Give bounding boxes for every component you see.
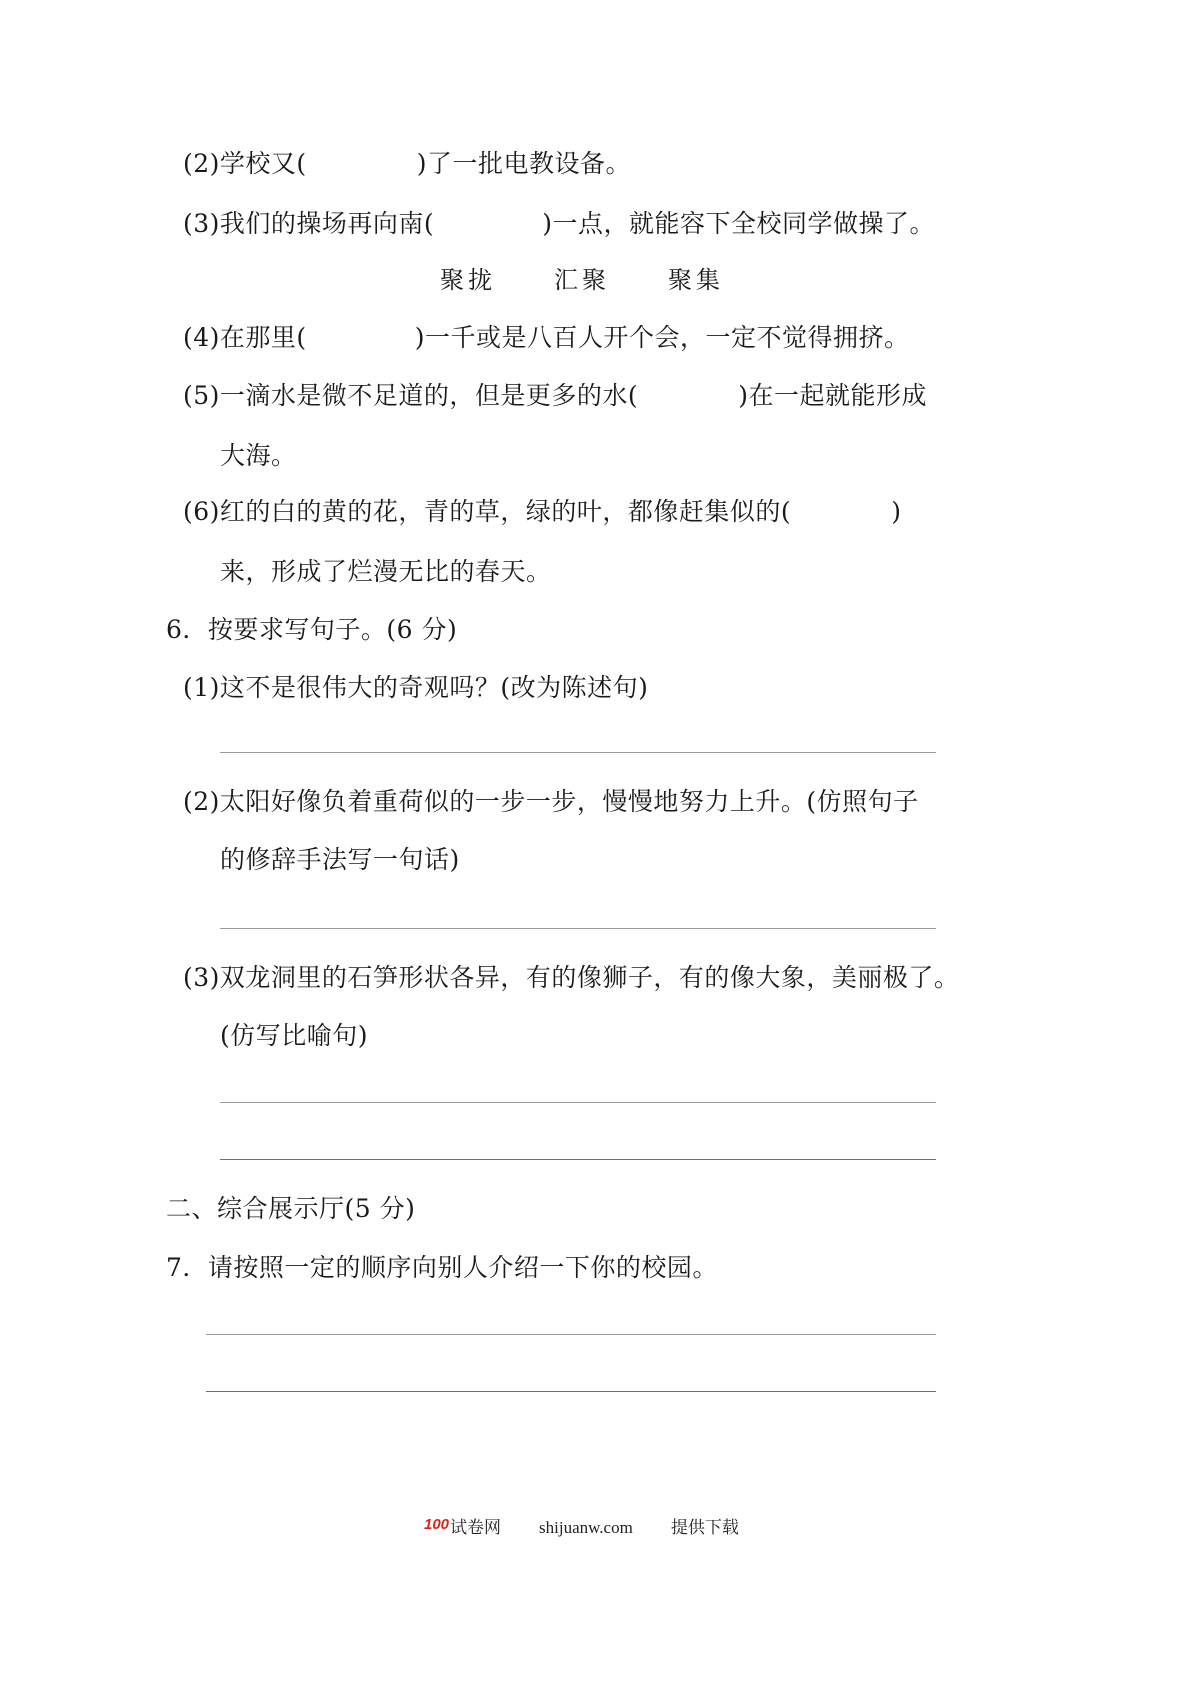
answer-line[interactable] — [220, 1102, 936, 1103]
item-text-before: 学校又( — [220, 149, 307, 178]
word-bank: 聚拢汇聚聚集 — [440, 264, 782, 296]
q6-item-3-continuation: (仿写比喻句) — [220, 1020, 368, 1052]
item-number: (2) — [183, 149, 220, 178]
q6-item-1: (1)这不是很伟大的奇观吗？(改为陈述句) — [183, 672, 648, 704]
item-text-after: )一点，就能容下全校同学做操了。 — [542, 209, 935, 238]
q7-heading: 7．请按照一定的顺序向别人介绍一下你的校园。 — [166, 1252, 718, 1284]
q6-item-3: (3)双龙洞里的石笋形状各异，有的像狮子，有的像大象，美丽极了。 — [183, 962, 959, 994]
q5-item-3: (3)我们的操场再向南()一点，就能容下全校同学做操了。 — [183, 208, 935, 240]
item-number: (6) — [183, 497, 220, 526]
item-text-after: )一千或是八百人开个会，一定不觉得拥挤。 — [415, 323, 910, 352]
answer-line[interactable] — [220, 1159, 936, 1160]
q5-item-6: (6)红的白的黄的花，青的草，绿的叶，都像赶集似的() — [183, 496, 901, 528]
item-text-before: 一滴水是微不足道的，但是更多的水( — [220, 381, 638, 410]
item-text: 双龙洞里的石笋形状各异，有的像狮子，有的像大象，美丽极了。 — [220, 963, 960, 992]
item-number: (1) — [183, 673, 220, 702]
item-text-before: 我们的操场再向南( — [220, 209, 434, 238]
q6-item-2: (2)太阳好像负着重荷似的一步一步，慢慢地努力上升。(仿照句子 — [183, 786, 919, 818]
site-name: 试卷网 — [450, 1518, 501, 1537]
exam-page: (2)学校又()了一批电教设备。 (3)我们的操场再向南()一点，就能容下全校同… — [0, 0, 1191, 1684]
item-text-before: 红的白的黄的花，青的草，绿的叶，都像赶集似的( — [220, 497, 791, 526]
q6-heading: 6．按要求写句子。(6 分) — [166, 614, 457, 646]
item-text-before: 在那里( — [220, 323, 307, 352]
item-number: (2) — [183, 787, 220, 816]
answer-line[interactable] — [206, 1334, 936, 1335]
section-2-heading: 二、综合展示厅(5 分) — [166, 1193, 415, 1225]
item-number: (4) — [183, 323, 220, 352]
site-url[interactable]: shijuanw.com — [539, 1518, 633, 1537]
word-option: 聚集 — [668, 264, 724, 296]
word-option: 聚拢 — [440, 264, 496, 296]
word-option: 汇聚 — [554, 264, 610, 296]
item-text-after: )在一起就能形成 — [738, 381, 927, 410]
q5-item-2: (2)学校又()了一批电教设备。 — [183, 148, 631, 180]
site-logo-icon: 100 — [424, 1516, 449, 1533]
item-text: 这不是很伟大的奇观吗？(改为陈述句) — [220, 673, 649, 702]
answer-line[interactable] — [220, 928, 936, 929]
q5-item-6-continuation: 来，形成了烂漫无比的春天。 — [220, 556, 552, 588]
answer-line[interactable] — [206, 1391, 936, 1392]
answer-line[interactable] — [220, 752, 936, 753]
page-footer: 100试卷网shijuanw.com提供下载 — [424, 1516, 739, 1541]
q5-item-5-continuation: 大海。 — [220, 440, 297, 472]
item-text: 太阳好像负着重荷似的一步一步，慢慢地努力上升。(仿照句子 — [220, 787, 919, 816]
q6-item-2-continuation: 的修辞手法写一句话) — [220, 844, 460, 876]
item-number: (3) — [183, 963, 220, 992]
item-text-after: ) — [891, 497, 901, 526]
footer-tagline: 提供下载 — [671, 1518, 739, 1537]
item-number: (3) — [183, 209, 220, 238]
item-number: (5) — [183, 381, 220, 410]
item-text-after: )了一批电教设备。 — [417, 149, 631, 178]
q5-item-5: (5)一滴水是微不足道的，但是更多的水()在一起就能形成 — [183, 380, 927, 412]
q5-item-4: (4)在那里()一千或是八百人开个会，一定不觉得拥挤。 — [183, 322, 909, 354]
